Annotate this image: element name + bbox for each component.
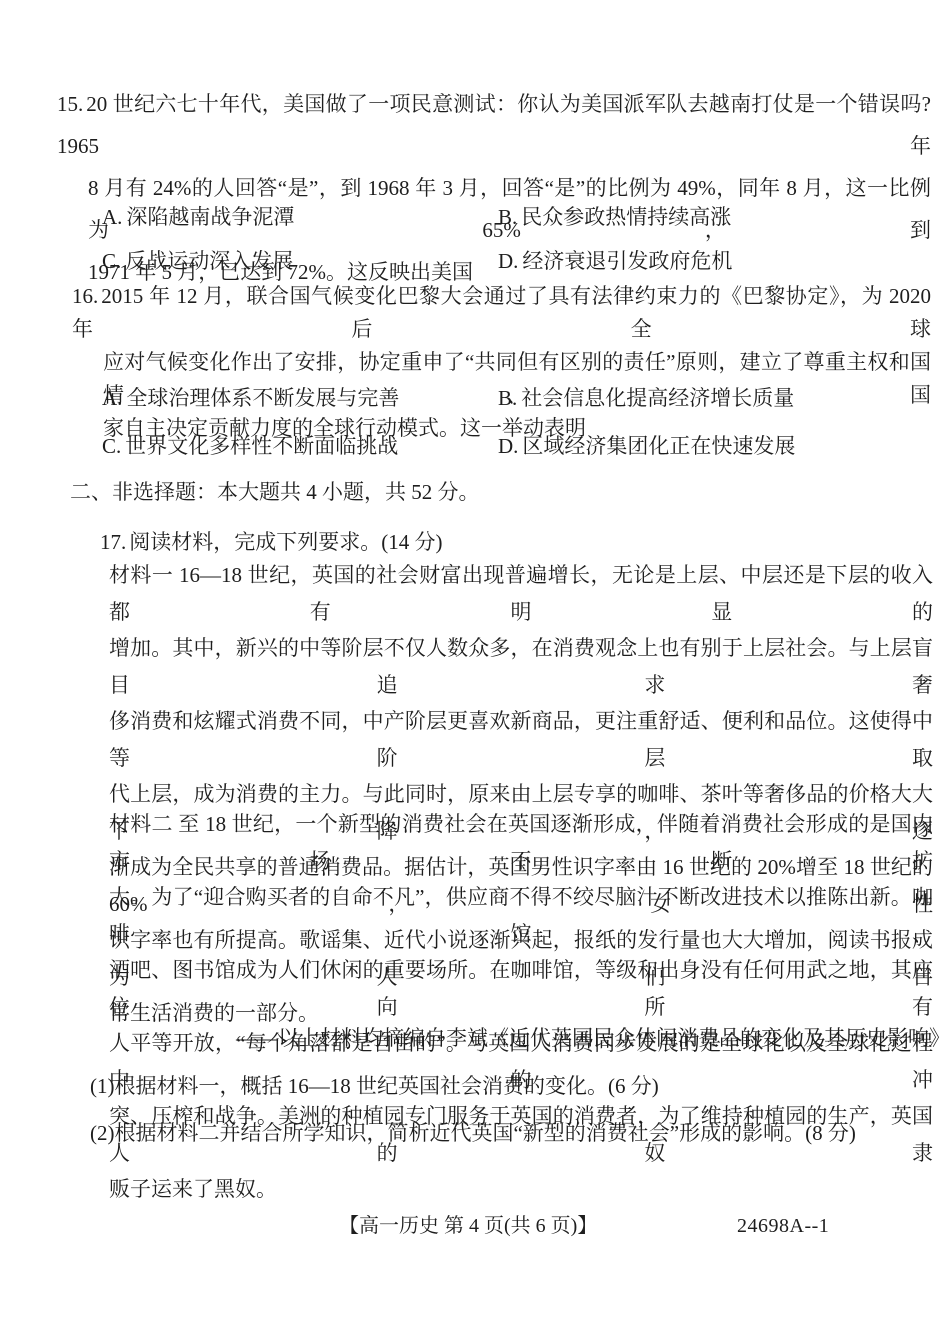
option-text: 民众参政热情持续高涨 <box>521 205 731 229</box>
option-text: 反战运动深入发展 <box>125 249 293 273</box>
question-17-sub-question-1: (1)根据材料一，概括 16—18 世纪英国社会消费的变化。(6 分) <box>90 1068 659 1104</box>
material-2-line: 大。为了“迎合购买者的自命不凡”，供应商不得不绞尽脑汁不断改进技术以推陈出新。咖… <box>109 879 933 952</box>
option-label: A. <box>102 205 122 229</box>
question-16-number: 16. <box>72 284 98 308</box>
question-15-stem-line-1: 15.20 世纪六七十年代，美国做了一项民意测试：你认为美国派军队去越南打仗是一… <box>57 83 931 167</box>
exam-paper-page: 15.20 世纪六七十年代，美国做了一项民意测试：你认为美国派军队去越南打仗是一… <box>0 0 950 1344</box>
question-16-option-d: D.区域经济集团化正在快速发展 <box>498 422 795 470</box>
question-16-option-a: A.全球治理体系不断发展与完善 <box>102 386 399 410</box>
option-row: A.深陷越南战争泥潭 B.民众参政热情持续高涨 <box>102 195 932 239</box>
question-17-number: 17. <box>100 530 126 554</box>
question-17-sub-question-2: (2)根据材料二并结合所学知识，简析近代英国“新型的消费社会”形成的影响。(8 … <box>90 1115 856 1151</box>
option-label: C. <box>102 249 121 273</box>
option-row: C.反战运动深入发展 D.经济衰退引发政府危机 <box>102 239 932 283</box>
material-attribution: ——以上材料均摘编自李斌《近代英国民众休闲消费品的变化及其历史影响》 <box>236 1020 950 1056</box>
question-15-number: 15. <box>57 92 83 116</box>
material-2-line: 材料二 至 18 世纪，一个新型的消费社会在英国逐渐形成，伴随着消费社会形成的是… <box>109 806 933 879</box>
question-17-intro-text: 阅读材料，完成下列要求。(14 分) <box>129 530 442 554</box>
material-1-line: 材料一 16—18 世纪，英国的社会财富出现普遍增长，无论是上层、中层还是下层的… <box>109 557 933 630</box>
option-row: A.全球治理体系不断发展与完善 B.社会信息化提高经济增长质量 <box>102 374 932 422</box>
option-text: 深陷越南战争泥潭 <box>126 205 294 229</box>
question-15-options: A.深陷越南战争泥潭 B.民众参政热情持续高涨 C.反战运动深入发展 D.经济衰… <box>102 195 932 283</box>
stem-text: 2015 年 12 月，联合国气候变化巴黎大会通过了具有法律约束力的《巴黎协定》… <box>72 284 931 341</box>
option-label: A. <box>102 386 122 410</box>
question-15-option-a: A.深陷越南战争泥潭 <box>102 205 294 229</box>
option-text: 全球治理体系不断发展与完善 <box>126 386 399 410</box>
question-15-option-d: D.经济衰退引发政府危机 <box>498 239 732 283</box>
section-2-header: 二、非选择题：本大题共 4 小题，共 52 分。 <box>70 474 480 510</box>
footer-page-label: 【高一历史 第 4 页(共 6 页)】 <box>339 1208 597 1244</box>
option-text: 世界文化多样性不断面临挑战 <box>125 434 398 458</box>
question-16-option-b: B.社会信息化提高经济增长质量 <box>498 374 794 422</box>
question-16-options: A.全球治理体系不断发展与完善 B.社会信息化提高经济增长质量 C.世界文化多样… <box>102 374 932 470</box>
option-label: C. <box>102 434 121 458</box>
stem-text: 20 世纪六七十年代，美国做了一项民意测试：你认为美国派军队去越南打仗是一个错误… <box>57 92 931 158</box>
question-15-option-b: B.民众参政热情持续高涨 <box>498 195 731 239</box>
question-17-intro: 17.阅读材料，完成下列要求。(14 分) <box>100 524 443 560</box>
material-1-line: 侈消费和炫耀式消费不同，中产阶层更喜欢新商品，更注重舒适、便利和品位。这使得中等… <box>109 703 933 776</box>
option-text: 区域经济集团化正在快速发展 <box>522 434 795 458</box>
footer-paper-code: 24698A--1 <box>737 1208 829 1244</box>
option-text: 社会信息化提高经济增长质量 <box>521 386 794 410</box>
question-16-option-c: C.世界文化多样性不断面临挑战 <box>102 434 398 458</box>
option-label: B. <box>498 205 517 229</box>
option-row: C.世界文化多样性不断面临挑战 D.区域经济集团化正在快速发展 <box>102 422 932 470</box>
question-15-option-c: C.反战运动深入发展 <box>102 249 293 273</box>
option-text: 经济衰退引发政府危机 <box>522 249 732 273</box>
option-label: D. <box>498 434 518 458</box>
option-label: B. <box>498 386 517 410</box>
option-label: D. <box>498 249 518 273</box>
material-1-line: 增加。其中，新兴的中等阶层不仅人数众多，在消费观念上也有别于上层社会。与上层盲目… <box>109 630 933 703</box>
material-2-line: 酒吧、图书馆成为人们休闲的重要场所。在咖啡馆，等级和出身没有任何用武之地，其座位… <box>109 952 933 1025</box>
question-16-stem-line-1: 16.2015 年 12 月，联合国气候变化巴黎大会通过了具有法律约束力的《巴黎… <box>72 280 931 346</box>
material-2-line: 贩子运来了黑奴。 <box>109 1171 933 1208</box>
